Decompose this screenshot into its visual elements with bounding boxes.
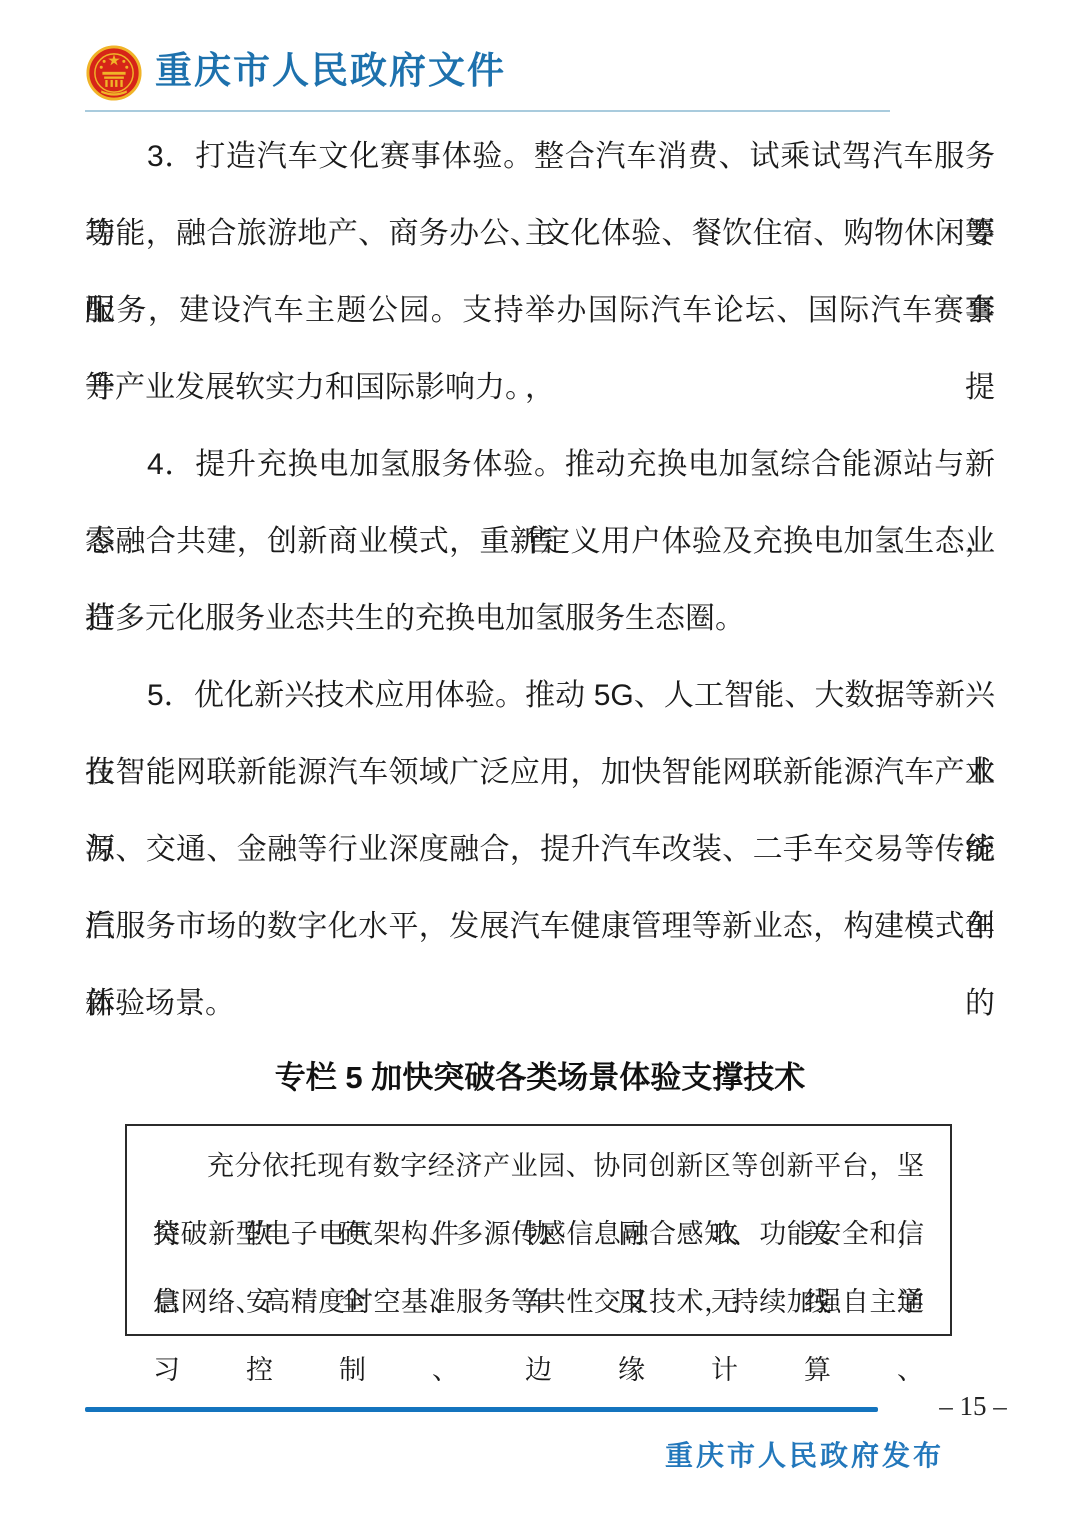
paragraph-line: 在智能网联新能源汽车领域广泛应用，加快智能网联新能源汽车产业与能 [85,734,995,811]
paragraph-line: 3．打造汽车文化赛事体验。整合汽车消费、试乘试驾汽车服务等主要 [85,118,995,195]
china-national-emblem-icon [85,44,143,102]
paragraph-line: 4．提升充换电加氢服务体验。推动充换电加氢综合能源站与新零售业 [85,426,995,503]
document-page: 重庆市人民政府文件 3．打造汽车文化赛事体验。整合汽车消费、试乘试驾汽车服务等主… [0,0,1080,1527]
box-line: 信网络、高精度时空基准服务等共性交叉技术，持续加强自主学习控制、边缘计算、 [153,1268,924,1336]
paragraph-line: 态融合共建，创新商业模式，重新定义用户体验及充换电加氢生态，打 [85,503,995,580]
paragraph-line: 源、交通、金融等行业深度融合，提升汽车改装、二手车交易等传统汽车 [85,811,995,888]
publisher-line: 重庆市人民政府发布 [665,1434,944,1474]
document-title: 重庆市人民政府文件 [155,53,506,94]
page-number: – 15 – [918,1391,1028,1422]
footer-rule [85,1407,878,1412]
document-header: 重庆市人民政府文件 [85,44,890,112]
box-line: 突破新型电子电气架构、多源传感信息融合感知、功能安全和信息安全、车用无线通 [153,1200,924,1268]
box-line: 充分依托现有数字经济产业园、协同创新区等创新平台，坚持软硬件协同攻关， [153,1132,924,1200]
column-box: 充分依托现有数字经济产业园、协同创新区等创新平台，坚持软硬件协同攻关， 突破新型… [125,1124,952,1336]
paragraph-line: 后服务市场的数字化水平，发展汽车健康管理等新业态，构建模式创新的 [85,888,995,965]
paragraph-line: 服务，建设汽车主题公园。支持举办国际汽车论坛、国际汽车赛事等，提 [85,272,995,349]
column-heading: 专栏 5 加快突破各类场景体验支撑技术 [0,1052,1080,1097]
paragraph-line: 5．优化新兴技术应用体验。推动 5G、人工智能、大数据等新兴技术 [85,657,995,734]
document-body: 3．打造汽车文化赛事体验。整合汽车消费、试乘试驾汽车服务等主要 功能，融合旅游地… [85,118,995,1042]
paragraph-line: 造多元化服务业态共生的充换电加氢服务生态圈。 [85,580,995,657]
paragraph-line: 功能，融合旅游地产、商务办公、文化体验、餐饮住宿、购物休闲等配套 [85,195,995,272]
